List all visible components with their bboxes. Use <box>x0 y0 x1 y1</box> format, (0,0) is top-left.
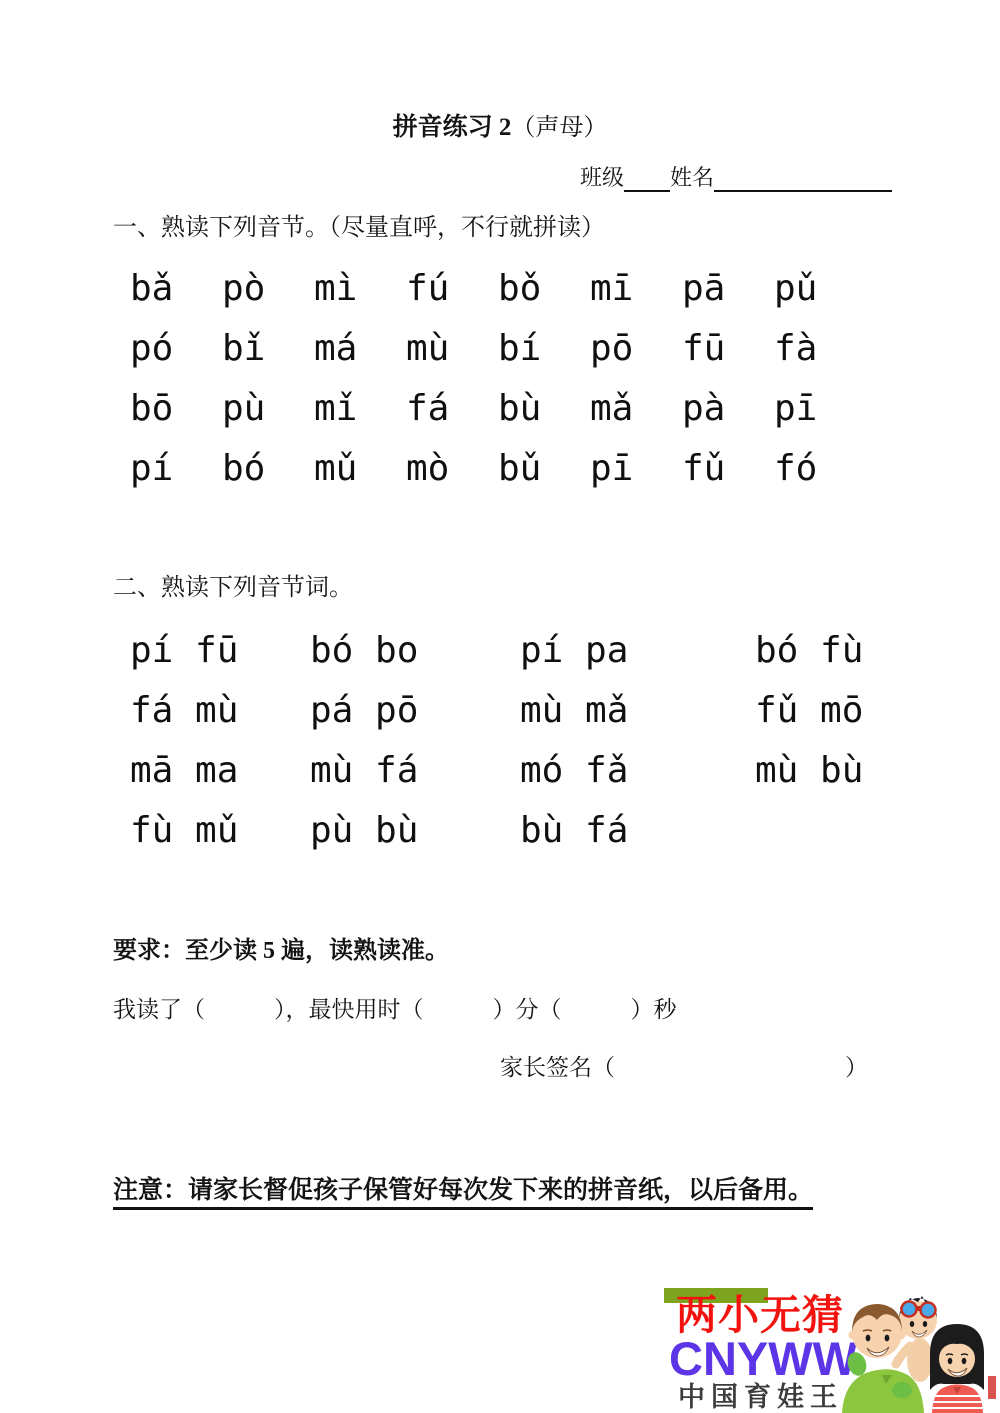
syllable: mò <box>406 448 498 489</box>
syllable-row: bōpùmǐfábùmǎpàpī <box>130 378 866 438</box>
syllable: mù fá <box>310 750 520 791</box>
syllable-row: pí fūbó bopí pabó fù <box>130 620 863 680</box>
syllable-row: bǎpòmìfúbǒmīpāpǔ <box>130 258 866 318</box>
syllable: pí <box>130 448 222 489</box>
syllable: mǎ <box>590 388 682 429</box>
brand-subtitle: 中国育娃王 <box>678 1384 843 1411</box>
syllable: pō <box>590 328 682 369</box>
title-paren: （声母） <box>511 115 607 141</box>
title-main: 拼音练习 2 <box>393 114 512 141</box>
woman-figure <box>930 1324 984 1413</box>
syllable: fǔ mō <box>755 690 863 731</box>
class-label: 班级 <box>580 164 624 192</box>
requirement-line: 要求：至少读 5 遍，读熟读准。 <box>113 930 449 965</box>
syllable: pà <box>682 388 774 429</box>
syllable-row: píbómǔmòbǔpīfǔfó <box>130 438 866 498</box>
notice-text: 注意：请家长督促孩子保管好每次发下来的拼音纸，以后备用。 <box>113 1177 813 1210</box>
syllable: bó bo <box>310 630 520 671</box>
syllable: pù bù <box>310 810 520 851</box>
section1-heading: 一、熟读下列音节。（尽量直呼，不行就拼读） <box>113 212 605 244</box>
syllable: bō <box>130 388 222 429</box>
syllable: mù mǎ <box>520 690 755 731</box>
syllable: bǒ <box>498 268 590 309</box>
syllable: mì <box>314 268 406 309</box>
syllable: fù mǔ <box>130 810 310 851</box>
syllable: bó <box>222 448 314 489</box>
syllable: pī <box>590 448 682 489</box>
syllable: mù bù <box>755 750 863 791</box>
syllable: pò <box>222 268 314 309</box>
name-blank-line <box>714 164 892 192</box>
syllable: pā <box>682 268 774 309</box>
syllable: fà <box>774 328 866 369</box>
parent-signature-line: 家长签名（ ） <box>500 1049 868 1082</box>
name-label: 姓名 <box>670 164 714 192</box>
syllable: bǎ <box>130 268 222 309</box>
syllable: pí fū <box>130 630 310 671</box>
syllable: fū <box>682 328 774 369</box>
syllable: bǔ <box>498 448 590 489</box>
syllable: fó <box>774 448 866 489</box>
syllable: fǔ <box>682 448 774 489</box>
syllable: mǔ <box>314 448 406 489</box>
syllable: pī <box>774 388 866 429</box>
page-title: 拼音练习 2（声母） <box>0 110 1000 146</box>
syllable: má <box>314 328 406 369</box>
syllable: pí pa <box>520 630 755 671</box>
syllable-grid: bǎpòmìfúbǒmīpāpǔpóbǐmámùbípōfūfàbōpùmǐfá… <box>130 258 866 498</box>
syllable-row: mā mamù fámó fǎmù bù <box>130 740 863 800</box>
syllable: fá <box>406 388 498 429</box>
notice-line: 注意：请家长督促孩子保管好每次发下来的拼音纸，以后备用。 <box>113 1170 813 1206</box>
section2-heading: 二、熟读下列音节词。 <box>113 572 353 604</box>
syllable: mī <box>590 268 682 309</box>
syllable: bǐ <box>222 328 314 369</box>
syllable: fú <box>406 268 498 309</box>
brand-name-en: CNYWW <box>669 1335 857 1382</box>
syllable: pá pō <box>310 690 520 731</box>
class-blank-line <box>624 164 670 192</box>
worksheet-page: 拼音练习 2（声母） 班级 姓名 一、熟读下列音节。（尽量直呼，不行就拼读） b… <box>0 0 1000 1413</box>
syllable: bí <box>498 328 590 369</box>
cartoon-family-icon <box>840 1272 1000 1413</box>
word-grid: pí fūbó bopí pabó fùfá mùpá pōmù mǎfǔ mō… <box>130 620 863 860</box>
syllable: mù <box>406 328 498 369</box>
self-report-line: 我读了（ ），最快用时（ ）分（ ）秒 <box>113 991 677 1024</box>
syllable-row: fù mǔpù bùbù fá <box>130 800 863 860</box>
syllable: mā ma <box>130 750 310 791</box>
syllable: bù fá <box>520 810 755 851</box>
syllable-row: fá mùpá pōmù mǎfǔ mō <box>130 680 863 740</box>
syllable-row: póbǐmámùbípōfūfà <box>130 318 866 378</box>
syllable: mǐ <box>314 388 406 429</box>
brand-name-cn: 两小无猜 <box>676 1294 844 1337</box>
syllable: pǔ <box>774 268 866 309</box>
syllable: bù <box>498 388 590 429</box>
syllable: bó fù <box>755 630 863 671</box>
syllable: pó <box>130 328 222 369</box>
syllable: mó fǎ <box>520 750 755 791</box>
class-name-line: 班级 姓名 <box>580 164 892 192</box>
syllable: pù <box>222 388 314 429</box>
syllable: fá mù <box>130 690 310 731</box>
